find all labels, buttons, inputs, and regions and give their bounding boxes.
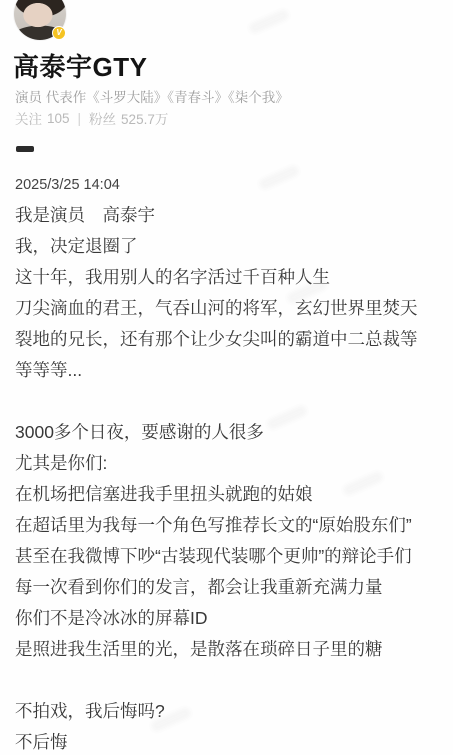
- post-text-line: 我，决定退圈了: [15, 231, 439, 262]
- post-text-line: 等等等...: [15, 355, 439, 386]
- followers-label[interactable]: 粉丝: [89, 108, 116, 128]
- post-text-line: 甚至在我微博下吵“古装现代装哪个更帅”的辩论手们: [15, 541, 439, 572]
- post-text-line: 尤其是你们:: [15, 448, 439, 479]
- profile-bio: 演员 代表作《斗罗大陆》《青春斗》《柒个我》: [15, 86, 289, 106]
- post-text-line: 每一次看到你们的发言，都会让我重新充满力量: [15, 572, 439, 603]
- post-text-line: 刀尖滴血的君王，气吞山河的将军，玄幻世界里焚天: [15, 293, 439, 324]
- watermark-smudge: [258, 164, 301, 191]
- post-text-line: 是照进我生活里的光，是散落在琐碎日子里的糖: [15, 634, 439, 665]
- following-count[interactable]: 105: [47, 111, 70, 126]
- post-text-line: 裂地的兄长，还有那个让少女尖叫的霸道中二总裁等: [15, 324, 439, 355]
- post-blank-line: [15, 386, 439, 417]
- post-timestamp: 2025/3/25 14:04: [15, 177, 120, 193]
- following-label[interactable]: 关注: [15, 108, 42, 128]
- post-text-line: 在超话里为我每一个角色写推荐长文的“原始股东们”: [15, 510, 439, 541]
- profile-name: 高泰宇GTY: [13, 47, 147, 84]
- profile-stats: 关注 105 | 粉丝 525.7万: [15, 108, 168, 128]
- post-body: 我是演员 高泰宇我，决定退圈了这十年，我用别人的名字活过千百种人生刀尖滴血的君王…: [15, 200, 439, 755]
- post-text-line: 在机场把信塞进我手里扭头就跑的姑娘: [15, 479, 439, 510]
- post-text-line: 不拍戏，我后悔吗?: [15, 696, 439, 727]
- post-text-line: 我是演员 高泰宇: [15, 200, 439, 231]
- post-separator-dash: [16, 146, 34, 152]
- post-text-line: 这十年，我用别人的名字活过千百种人生: [15, 262, 439, 293]
- watermark-smudge: [248, 8, 291, 35]
- followers-count[interactable]: 525.7万: [121, 108, 168, 128]
- post-text-line: 你们不是冷冰冰的屏幕ID: [15, 603, 439, 634]
- post-text-line: 3000多个日夜，要感谢的人很多: [15, 417, 439, 448]
- post-text-line: 不后悔: [15, 727, 439, 755]
- profile-post-page: V 高泰宇GTY 演员 代表作《斗罗大陆》《青春斗》《柒个我》 关注 105 |…: [0, 0, 453, 755]
- verified-badge-icon: V: [52, 26, 66, 40]
- post-blank-line: [15, 665, 439, 696]
- stats-divider: |: [75, 111, 85, 126]
